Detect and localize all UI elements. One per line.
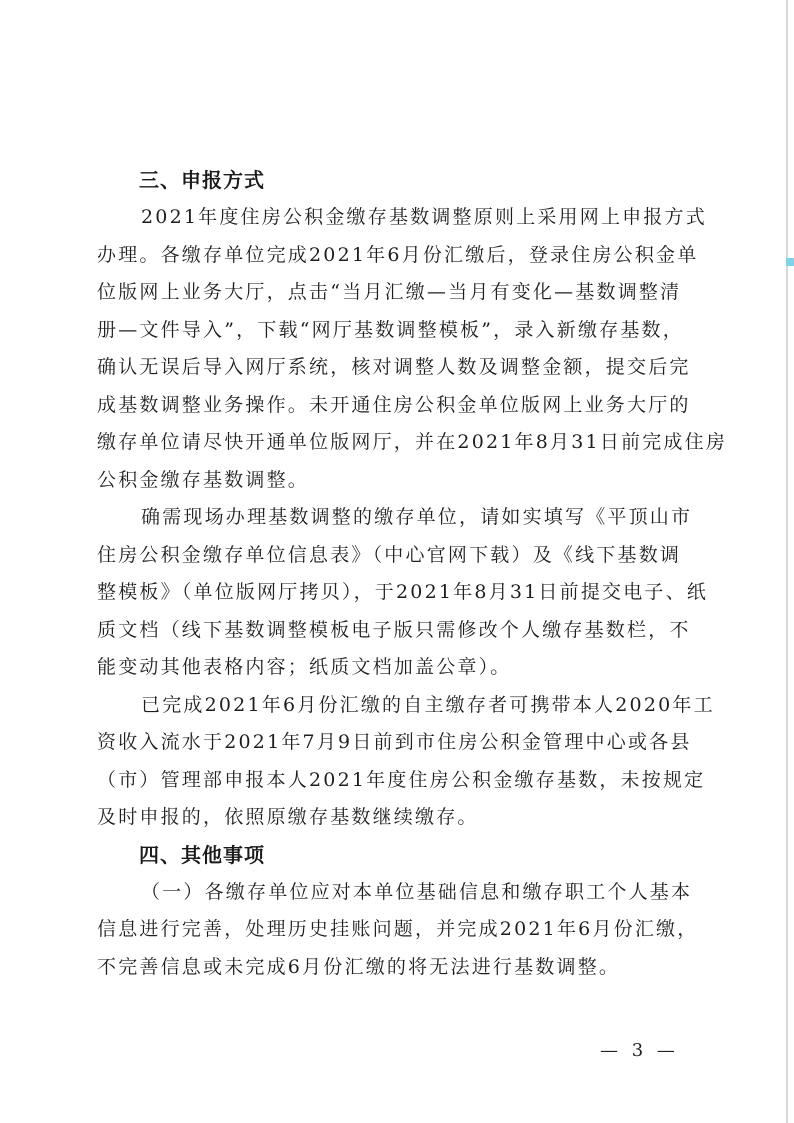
text-line: 确需现场办理基数调整的缴存单位，请如实填写《平顶山市 — [97, 499, 691, 537]
text-line: 办理。各缴存单位完成2021年6月份汇缴后，登录住房公积金单 — [97, 237, 691, 275]
scan-edge-mark — [786, 258, 794, 266]
text-line: 已完成2021年6月份汇缴的自主缴存者可携带本人2020年工 — [97, 687, 691, 725]
text-line: 整模板》（单位版网厅拷贝），于2021年8月31日前提交电子、纸 — [97, 574, 691, 612]
text-line: 位版网上业务大厅，点击“当月汇缴—当月有变化—基数调整清 — [97, 274, 691, 312]
text-line: 2021年度住房公积金缴存基数调整原则上采用网上申报方式 — [97, 199, 691, 237]
document-page: 三、申报方式 2021年度住房公积金缴存基数调整原则上采用网上申报方式 办理。各… — [0, 0, 794, 1123]
page-number: — 3 — — [600, 1040, 679, 1061]
text-line: 成基数调整业务操作。未开通住房公积金单位版网上业务大厅的 — [97, 387, 691, 425]
text-line: 资收入流水于2021年7月9日前到市住房公积金管理中心或各县 — [97, 724, 691, 762]
section-heading-other-matters: 四、其他事项 — [97, 837, 691, 874]
text-line: 册—文件导入”，下载“网厅基数调整模板”，录入新缴存基数， — [97, 312, 691, 350]
section-heading-reporting-method: 三、申报方式 — [97, 162, 691, 199]
text-line: 公积金缴存基数调整。 — [97, 462, 691, 500]
paragraph-item-one: （一）各缴存单位应对本单位基础信息和缴存职工个人基本 信息进行完善，处理历史挂账… — [97, 874, 691, 987]
text-line: 质文档（线下基数调整模板电子版只需修改个人缴存基数栏，不 — [97, 612, 691, 650]
paragraph-online-reporting: 2021年度住房公积金缴存基数调整原则上采用网上申报方式 办理。各缴存单位完成2… — [97, 199, 691, 499]
text-line: 缴存单位请尽快开通单位版网厅，并在2021年8月31日前完成住房 — [97, 424, 691, 462]
text-line: （市）管理部申报本人2021年度住房公积金缴存基数，未按规定 — [97, 762, 691, 800]
text-line: 能变动其他表格内容；纸质文档加盖公章）。 — [97, 649, 691, 687]
paragraph-self-depositors: 已完成2021年6月份汇缴的自主缴存者可携带本人2020年工 资收入流水于202… — [97, 687, 691, 837]
text-line: 确认无误后导入网厅系统，核对调整人数及调整金额，提交后完 — [97, 349, 691, 387]
text-line: 信息进行完善，处理历史挂账问题，并完成2021年6月份汇缴， — [97, 911, 691, 949]
scan-edge — [786, 0, 788, 1123]
document-body: 三、申报方式 2021年度住房公积金缴存基数调整原则上采用网上申报方式 办理。各… — [97, 162, 691, 986]
text-line: 住房公积金缴存单位信息表》（中心官网下载）及《线下基数调 — [97, 537, 691, 575]
paragraph-onsite-reporting: 确需现场办理基数调整的缴存单位，请如实填写《平顶山市 住房公积金缴存单位信息表》… — [97, 499, 691, 687]
text-line: 及时申报的，依照原缴存基数继续缴存。 — [97, 799, 691, 837]
text-line: （一）各缴存单位应对本单位基础信息和缴存职工个人基本 — [97, 874, 691, 912]
text-line: 不完善信息或未完成6月份汇缴的将无法进行基数调整。 — [97, 949, 691, 987]
